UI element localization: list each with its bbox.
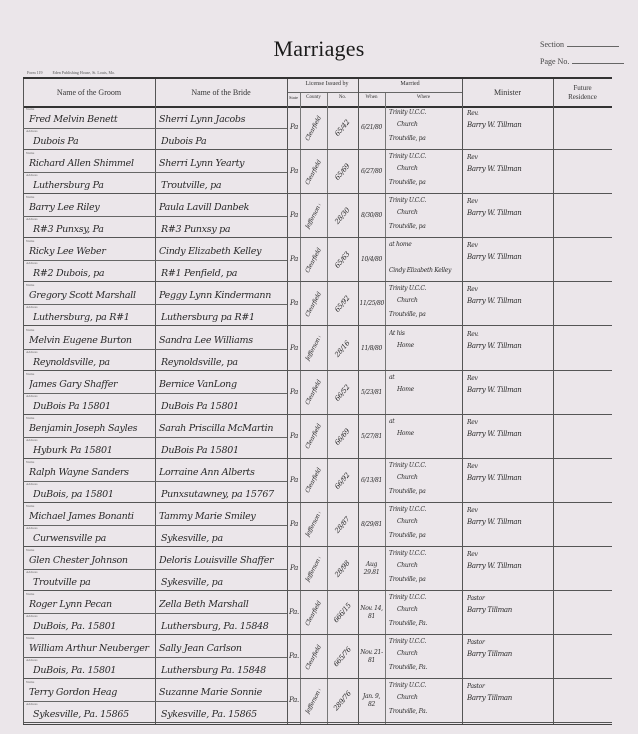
license-county: Clearfield: [304, 423, 323, 450]
name-address-divider: [23, 437, 287, 438]
married-where-line3: Troutville, pa: [389, 223, 461, 230]
page-number-field: Page No.: [540, 57, 624, 66]
minister-name: Barry W. Tillman: [467, 518, 551, 526]
married-when-cell: 6/27/80: [358, 150, 385, 194]
married-when: 11/25/80: [360, 300, 384, 308]
married-when: 6/21/80: [360, 124, 384, 132]
table-header: Name of the Groom Name of the Bride Lice…: [23, 79, 612, 108]
address-label: Address: [26, 614, 37, 618]
address-label: Address: [26, 438, 37, 442]
minister-title: Pastor: [467, 639, 551, 646]
name-label: Name: [26, 195, 34, 199]
minister-name: Barry Tillman: [467, 694, 551, 702]
married-where-line3: Troutville, pa: [389, 179, 461, 186]
minister-name: Barry W. Tillman: [467, 165, 551, 173]
married-when-cell: Aug 29.81: [358, 547, 385, 591]
groom-address: R#2 Dubois, pa: [33, 268, 155, 279]
license-county: Clearfield: [304, 379, 323, 406]
married-when-cell: 11/8/80: [358, 327, 385, 371]
header-subdivider: [287, 92, 462, 93]
col-county: County: [300, 95, 327, 100]
married-where-line2: Church: [397, 694, 461, 701]
license-no-cell: 65/69: [327, 150, 358, 194]
married-where-line3: Cindy Elizabeth Kelley: [389, 267, 461, 274]
form-info: Form 119Eden Publishing House, St. Louis…: [27, 70, 115, 75]
married-where-line1: Trinity U.C.C.: [389, 682, 461, 689]
license-county-cell: Jefferson Co: [300, 327, 327, 371]
married-where-line1: Trinity U.C.C.: [389, 594, 461, 601]
license-county-cell: Clearfield Co: [300, 282, 327, 326]
groom-address: DuBois, Pa. 15801: [33, 621, 155, 632]
groom-address: DuBois Pa 15801: [33, 401, 155, 412]
license-county: Clearfield Co: [304, 247, 323, 274]
bride-name: Sandra Lee Williams: [159, 335, 286, 346]
license-no-cell: 28/87: [327, 503, 358, 547]
married-where-line3: Troutville, pa: [389, 576, 461, 583]
table-row: Name Address Michael James Bonanti Curwe…: [23, 503, 612, 547]
groom-address: Luthersburg, pa R#1: [33, 312, 155, 323]
groom-address: Reynoldsville, pa: [33, 357, 155, 368]
married-where-line3: Troutville, pa: [389, 135, 461, 142]
married-when: Nov. 14, 81: [360, 605, 384, 621]
minister-title: Rev: [467, 507, 551, 514]
married-when: 11/8/80: [360, 345, 384, 353]
license-no: 28/87: [333, 515, 351, 534]
bride-name: Deloris Louisville Shaffer: [159, 555, 286, 566]
married-when: 5/27/81: [360, 433, 384, 441]
minister-name: Barry Tillman: [467, 650, 551, 658]
married-when-cell: 6/13/81: [358, 459, 385, 503]
groom-name: James Gary Shaffer: [29, 379, 155, 390]
table-row: Name Address Terry Gordon Heag Sykesvill…: [23, 679, 612, 723]
form-number: Form 119: [27, 70, 43, 75]
minister-title: Rev: [467, 419, 551, 426]
name-label: Name: [26, 107, 34, 111]
married-where-line1: Trinity U.C.C.: [389, 197, 461, 204]
name-label: Name: [26, 283, 34, 287]
married-where-line1: at: [389, 374, 461, 381]
address-label: Address: [26, 482, 37, 486]
col-groom: Name of the Groom: [23, 79, 155, 106]
address-label: Address: [26, 217, 37, 221]
minister-title: Rev: [467, 286, 551, 293]
license-no-cell: 66/92: [327, 459, 358, 503]
license-state: Pa: [288, 123, 300, 131]
minister-title: Pastor: [467, 683, 551, 690]
married-where-line3: Troutville, pa: [389, 488, 461, 495]
minister-title: Rev: [467, 551, 551, 558]
minister-name: Barry W. Tillman: [467, 474, 551, 482]
name-label: Name: [26, 416, 34, 420]
bride-name: Cindy Elizabeth Kelley: [159, 246, 286, 257]
minister-title: Rev: [467, 242, 551, 249]
publisher: Eden Publishing House, St. Louis, Mo.: [53, 70, 116, 75]
section-blank: [567, 46, 619, 47]
married-where-line3: Troutville, Pa.: [389, 620, 461, 627]
groom-address: R#3 Punxsy, Pa: [33, 224, 155, 235]
license-county: Jefferson Co.: [304, 203, 323, 230]
groom-name: Roger Lynn Pecan: [29, 599, 155, 610]
married-when-cell: 11/25/80: [358, 282, 385, 326]
license-county-cell: Clearfield: [300, 459, 327, 503]
license-county-cell: Jefferson Co.: [300, 547, 327, 591]
license-county: Jefferson Co.: [304, 688, 323, 715]
table-row: Name Address Roger Lynn Pecan DuBois, Pa…: [23, 591, 612, 635]
license-no: 66/92: [333, 471, 351, 490]
license-state: Pa: [288, 255, 300, 263]
bride-name: Paula Lavill Danbek: [159, 202, 286, 213]
license-state: Pa: [288, 476, 300, 484]
minister-title: Rev.: [467, 110, 551, 117]
groom-name: Fred Melvin Benett: [29, 114, 155, 125]
name-address-divider: [23, 657, 287, 658]
col-future-residence: Future Residence: [553, 79, 612, 106]
groom-name: Ralph Wayne Sanders: [29, 467, 155, 478]
bride-name: Sarah Priscilla McMartin: [159, 423, 286, 434]
married-where-line2: Church: [397, 606, 461, 613]
bride-address: Luthersburg Pa. 15848: [161, 665, 286, 676]
married-when: 8/30/80: [360, 212, 384, 220]
bride-name: Peggy Lynn Kindermann: [159, 290, 286, 301]
col-when: When: [358, 95, 385, 100]
license-no-cell: 666/15: [327, 591, 358, 635]
license-county-cell: Clearfield Co: [300, 106, 327, 150]
name-label: Name: [26, 592, 34, 596]
license-no-cell: 28/30: [327, 194, 358, 238]
married-where-line2: Home: [397, 342, 461, 349]
license-no: 28/16: [333, 339, 351, 358]
license-no: 666/15: [332, 602, 353, 625]
license-no-cell: 65/42: [327, 106, 358, 150]
married-where-line2: Home: [397, 386, 461, 393]
bride-address: Dubois Pa: [161, 136, 286, 147]
bride-name: Sally Jean Carlson: [159, 643, 286, 654]
license-county-cell: Clearfield Co: [300, 238, 327, 282]
married-when-cell: Nov. 21-81: [358, 635, 385, 679]
name-address-divider: [23, 304, 287, 305]
married-when: 10/4/80: [360, 256, 384, 264]
license-no-cell: 28/16: [327, 327, 358, 371]
name-address-divider: [23, 701, 287, 702]
name-label: Name: [26, 636, 34, 640]
bride-address: Sykesville, Pa. 15865: [161, 709, 286, 720]
bride-name: Suzanne Marie Sonnie: [159, 687, 286, 698]
bride-name: Tammy Marie Smiley: [159, 511, 286, 522]
license-no-cell: 289/76: [327, 679, 358, 723]
name-address-divider: [23, 393, 287, 394]
name-address-divider: [23, 260, 287, 261]
bride-name: Lorraine Ann Alberts: [159, 467, 286, 478]
table-row: Name Address Ralph Wayne Sanders DuBois,…: [23, 459, 612, 503]
col-where: Where: [385, 95, 462, 100]
name-address-divider: [23, 172, 287, 173]
name-address-divider: [23, 481, 287, 482]
address-label: Address: [26, 394, 37, 398]
license-county: Jefferson Co.: [304, 555, 323, 582]
license-no-cell: 65/63: [327, 238, 358, 282]
married-where-line2: Church: [397, 297, 461, 304]
groom-name: Michael James Bonanti: [29, 511, 155, 522]
table-row: Name Address Barry Lee Riley R#3 Punxsy,…: [23, 194, 612, 238]
license-state: Pa: [288, 520, 300, 528]
groom-address: Dubois Pa: [33, 136, 155, 147]
section-label: Section: [540, 40, 564, 49]
married-where-line1: Trinity U.C.C.: [389, 153, 461, 160]
groom-name: Richard Allen Shimmel: [29, 158, 155, 169]
address-label: Address: [26, 702, 37, 706]
col-married-group: Married: [358, 81, 462, 87]
license-no-cell: 66/69: [327, 415, 358, 459]
minister-title: Pastor: [467, 595, 551, 602]
license-no: 289/76: [332, 690, 353, 713]
license-county-cell: Clearfield Co.: [300, 591, 327, 635]
name-label: Name: [26, 460, 34, 464]
name-address-divider: [23, 128, 287, 129]
minister-name: Barry W. Tillman: [467, 209, 551, 217]
married-when-cell: 6/21/80: [358, 106, 385, 150]
married-where-line2: Church: [397, 562, 461, 569]
minister-title: Rev.: [467, 331, 551, 338]
table-row: Name Address William Arthur Neuberger Du…: [23, 635, 612, 679]
col-minister: Minister: [462, 79, 553, 106]
name-label: Name: [26, 504, 34, 508]
groom-address: Curwensville pa: [33, 533, 155, 544]
license-county-cell: Jefferson Co: [300, 503, 327, 547]
license-county: Jefferson Co: [304, 511, 323, 538]
license-county: Clearfield Co: [304, 291, 323, 318]
license-county-cell: Clearfield Co.: [300, 635, 327, 679]
minister-name: Barry Tillman: [467, 606, 551, 614]
license-county-cell: Clearfield: [300, 415, 327, 459]
groom-address: Sykesville, Pa. 15865: [33, 709, 155, 720]
bride-address: Sykesville, pa: [161, 577, 286, 588]
license-county: Jefferson Co: [304, 335, 323, 362]
minister-title: Rev: [467, 375, 551, 382]
groom-name: Gregory Scott Marshall: [29, 290, 155, 301]
married-where-line3: Troutville, pa: [389, 311, 461, 318]
table-row: Name Address Benjamin Joseph Sayles Hybu…: [23, 415, 612, 459]
bride-name: Sherri Lynn Yearty: [159, 158, 286, 169]
col-bride: Name of the Bride: [155, 79, 287, 106]
name-address-divider: [23, 349, 287, 350]
col-license-no: No.: [327, 95, 358, 100]
married-when: 8/29/81: [360, 521, 384, 529]
license-county-cell: Clearfield Co: [300, 150, 327, 194]
minister-name: Barry W. Tillman: [467, 430, 551, 438]
bride-address: Luthersburg pa R#1: [161, 312, 286, 323]
married-where-line2: Church: [397, 650, 461, 657]
license-county: Clearfield Co.: [304, 644, 323, 671]
married-where-line2: Church: [397, 121, 461, 128]
married-where-line2: Church: [397, 209, 461, 216]
license-county-cell: Clearfield: [300, 371, 327, 415]
page-number-label: Page No.: [540, 57, 569, 66]
married-when: Aug 29.81: [360, 561, 384, 577]
married-where-line3: Troutville, Pa.: [389, 708, 461, 715]
married-when-cell: Nov. 14, 81: [358, 591, 385, 635]
bride-address: DuBois Pa 15801: [161, 401, 286, 412]
married-when-cell: 8/30/80: [358, 194, 385, 238]
address-label: Address: [26, 350, 37, 354]
address-label: Address: [26, 658, 37, 662]
married-where-line1: At his: [389, 330, 461, 337]
married-when-cell: 8/29/81: [358, 503, 385, 547]
bride-address: Troutville, pa: [161, 180, 286, 191]
address-label: Address: [26, 570, 37, 574]
groom-name: Terry Gordon Heag: [29, 687, 155, 698]
name-label: Name: [26, 548, 34, 552]
name-address-divider: [23, 525, 287, 526]
name-address-divider: [23, 613, 287, 614]
bride-address: R#3 Punxsy pa: [161, 224, 286, 235]
col-state: State: [287, 95, 300, 100]
married-when-cell: 10/4/80: [358, 238, 385, 282]
page-number-blank: [572, 63, 624, 64]
license-state: Pa: [288, 299, 300, 307]
name-address-divider: [23, 569, 287, 570]
license-county-cell: Jefferson Co.: [300, 194, 327, 238]
license-no-cell: 665/76: [327, 635, 358, 679]
married-when-cell: Jan. 9, 82: [358, 679, 385, 723]
table-row: Name Address James Gary Shaffer DuBois P…: [23, 371, 612, 415]
license-county: Clearfield: [304, 467, 323, 494]
table-row: Name Address Fred Melvin Benett Dubois P…: [23, 106, 612, 150]
license-no: 66/52: [333, 383, 351, 402]
license-no: 28/30: [333, 206, 351, 225]
bride-address: Sykesville, pa: [161, 533, 286, 544]
bride-name: Zella Beth Marshall: [159, 599, 286, 610]
married-where-line2: Church: [397, 518, 461, 525]
license-no-cell: 65/92: [327, 282, 358, 326]
married-where-line1: Trinity U.C.C.: [389, 285, 461, 292]
address-label: Address: [26, 129, 37, 133]
minister-title: Rev: [467, 198, 551, 205]
license-no-cell: 66/52: [327, 371, 358, 415]
table-row: Name Address Melvin Eugene Burton Reynol…: [23, 327, 612, 371]
address-label: Address: [26, 261, 37, 265]
name-label: Name: [26, 239, 34, 243]
groom-address: DuBois, pa 15801: [33, 489, 155, 500]
address-label: Address: [26, 173, 37, 177]
address-label: Address: [26, 526, 37, 530]
married-where-line3: Troutville, pa: [389, 532, 461, 539]
marriage-register-page: Marriages Section Page No. Form 119Eden …: [0, 0, 638, 734]
married-when: Nov. 21-81: [360, 649, 384, 665]
married-where-line1: Trinity U.C.C.: [389, 506, 461, 513]
license-county-cell: Jefferson Co.: [300, 679, 327, 723]
bride-address: Reynoldsville, pa: [161, 357, 286, 368]
address-label: Address: [26, 305, 37, 309]
minister-name: Barry W. Tillman: [467, 386, 551, 394]
license-county: Clearfield Co: [304, 114, 323, 141]
name-address-divider: [23, 216, 287, 217]
license-state: Pa.: [288, 652, 300, 660]
groom-name: Melvin Eugene Burton: [29, 335, 155, 346]
license-state: Pa.: [288, 608, 300, 616]
bride-address: R#1 Penfield, pa: [161, 268, 286, 279]
license-state: Pa.: [288, 696, 300, 704]
license-no: 665/76: [332, 646, 353, 669]
minister-name: Barry W. Tillman: [467, 297, 551, 305]
license-no: 65/42: [333, 118, 351, 137]
groom-address: Troutville pa: [33, 577, 155, 588]
register-table: Name of the Groom Name of the Bride Lice…: [23, 77, 612, 725]
married-when: 5/23/81: [360, 389, 384, 397]
table-row: Name Address Gregory Scott Marshall Luth…: [23, 282, 612, 326]
married-when: Jan. 9, 82: [360, 693, 384, 709]
minister-title: Rev: [467, 463, 551, 470]
table-row: Name Address Richard Allen Shimmel Luthe…: [23, 150, 612, 194]
bride-name: Sherri Lynn Jacobs: [159, 114, 286, 125]
section-field: Section: [540, 40, 619, 49]
bride-address: Punxsutawney, pa 15767: [161, 489, 286, 500]
license-state: Pa: [288, 211, 300, 219]
license-county: Clearfield Co.: [304, 600, 323, 627]
groom-address: Luthersburg Pa: [33, 180, 155, 191]
married-where-line1: Trinity U.C.C.: [389, 109, 461, 116]
col-license-group: License Issued by: [287, 81, 367, 87]
minister-name: Barry W. Tillman: [467, 121, 551, 129]
license-no: 65/92: [333, 295, 351, 314]
name-label: Name: [26, 372, 34, 376]
license-state: Pa: [288, 432, 300, 440]
groom-name: Glen Chester Johnson: [29, 555, 155, 566]
groom-name: Ricky Lee Weber: [29, 246, 155, 257]
license-state: Pa: [288, 344, 300, 352]
groom-name: Benjamin Joseph Sayles: [29, 423, 155, 434]
married-when: 6/27/80: [360, 168, 384, 176]
license-county: Clearfield Co: [304, 159, 323, 186]
groom-address: DuBois, Pa. 15801: [33, 665, 155, 676]
married-when: 6/13/81: [360, 477, 384, 485]
groom-name: William Arthur Neuberger: [29, 643, 155, 654]
married-where-line1: at home: [389, 241, 461, 248]
license-no-cell: 28/98: [327, 547, 358, 591]
bride-address: DuBois Pa 15801: [161, 445, 286, 456]
bride-address: Luthersburg, Pa. 15848: [161, 621, 286, 632]
license-no: 28/98: [333, 559, 351, 578]
name-label: Name: [26, 151, 34, 155]
name-label: Name: [26, 680, 34, 684]
license-state: Pa: [288, 388, 300, 396]
married-where-line2: Home: [397, 430, 461, 437]
table-row: Name Address Glen Chester Johnson Troutv…: [23, 547, 612, 591]
license-no: 66/69: [333, 427, 351, 446]
table-row: Name Address Ricky Lee Weber R#2 Dubois,…: [23, 238, 612, 282]
minister-name: Barry W. Tillman: [467, 342, 551, 350]
name-label: Name: [26, 328, 34, 332]
minister-name: Barry W. Tillman: [467, 253, 551, 261]
married-when-cell: 5/27/81: [358, 415, 385, 459]
minister-name: Barry W. Tillman: [467, 562, 551, 570]
married-where-line1: Trinity U.C.C.: [389, 638, 461, 645]
married-where-line2: Church: [397, 474, 461, 481]
bride-name: Bernice VanLong: [159, 379, 286, 390]
groom-name: Barry Lee Riley: [29, 202, 155, 213]
license-state: Pa: [288, 564, 300, 572]
married-where-line1: at: [389, 418, 461, 425]
married-when-cell: 5/23/81: [358, 371, 385, 415]
groom-address: Hyburk Pa 15801: [33, 445, 155, 456]
license-no: 65/69: [333, 162, 351, 181]
minister-title: Rev: [467, 154, 551, 161]
license-no: 65/63: [333, 251, 351, 270]
married-where-line3: Troutville, Pa.: [389, 664, 461, 671]
married-where-line1: Trinity U.C.C.: [389, 550, 461, 557]
married-where-line2: Church: [397, 165, 461, 172]
license-state: Pa: [288, 167, 300, 175]
married-where-line1: Trinity U.C.C.: [389, 462, 461, 469]
